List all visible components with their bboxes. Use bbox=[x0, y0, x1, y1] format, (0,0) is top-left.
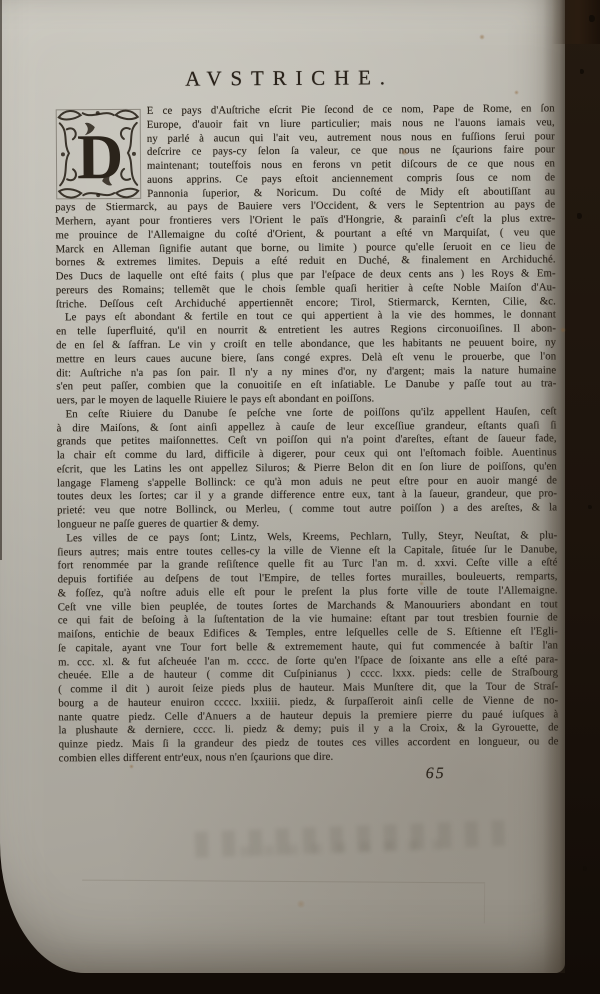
verso-impress-line bbox=[82, 880, 485, 924]
foxing-spot bbox=[94, 556, 98, 560]
edge-speck bbox=[580, 69, 584, 74]
book-photo: AVSTRICHE. bbox=[0, 0, 600, 994]
text-line: combien elles different entr'eux, nous n… bbox=[59, 749, 559, 766]
foxing-spot bbox=[560, 327, 566, 333]
drop-cap-letter: D bbox=[77, 121, 124, 192]
foxing-spot bbox=[479, 34, 485, 40]
edge-speck bbox=[588, 505, 592, 509]
foxing-spot bbox=[401, 149, 408, 156]
edge-speck bbox=[577, 213, 582, 219]
page-number: 65 bbox=[426, 765, 466, 783]
edge-speck bbox=[589, 15, 595, 22]
body-text: D E ce pays d'Auſtriche eſcrit Pie ſecon… bbox=[55, 102, 559, 766]
book-fore-edge bbox=[563, 0, 600, 986]
foxing-spot bbox=[514, 90, 519, 95]
foxing-spot bbox=[129, 764, 134, 769]
foxing-spot bbox=[419, 581, 424, 586]
edge-speck bbox=[583, 866, 587, 871]
page-title: AVSTRICHE. bbox=[39, 64, 539, 92]
drop-cap-woodcut: D bbox=[55, 107, 143, 202]
